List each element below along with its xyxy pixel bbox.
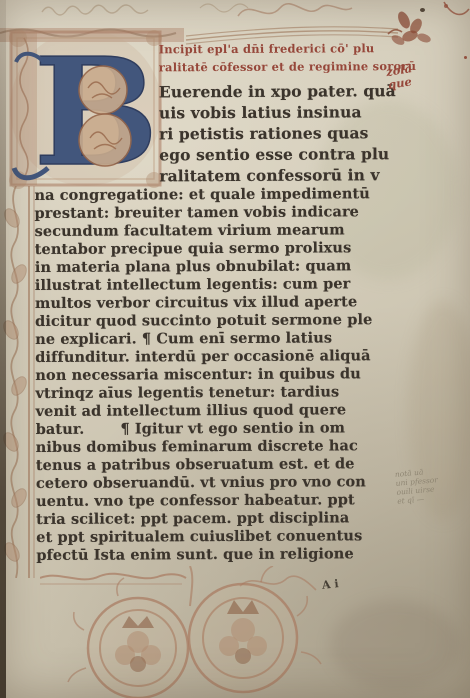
text-line: dicitur quod succinto potuit sermone ple (35, 311, 413, 331)
margin-note-faded: notā uāuni pfessorouili uirseet qī — (395, 466, 440, 506)
text-line: multos verbor circuitus vix illud aperte (35, 293, 413, 313)
text-line: secundum facultatem virium mearum (35, 221, 413, 241)
text-line: ne explicari. ¶ Cum enī sermo latius (35, 329, 413, 349)
text-line: Euerende in xpo pater. quā (159, 80, 412, 102)
text-line: vtrinqz aīus legentis tenetur: tardius (35, 383, 413, 403)
text-line: batur. ¶ Igitur vt ego sentio in om (36, 419, 414, 439)
text-line: illustrat intellectum legentis: cum per (35, 275, 413, 295)
text-line: prestant: breuiter tamen vobis indicare (34, 203, 412, 223)
bottom-medallions-ornament (40, 566, 340, 698)
text-line: venit ad intellectum illius quod quere (36, 401, 414, 421)
text-line: in materia plana plus obnubilat: quam (35, 257, 413, 277)
full-width-text-lines: na congregatione: et quale impedimentūpr… (34, 185, 414, 565)
ink-speck (464, 56, 467, 59)
left-border-vine-ornament (2, 186, 38, 578)
text-line: nibus domibus feminarum discrete hac (36, 437, 414, 457)
text-line: ri petistis rationes quas (159, 122, 412, 144)
text-line: tenus a patribus obseruatum est. et de (36, 455, 414, 475)
text-line: diffunditur. interdū per occasionē aliqu… (35, 347, 413, 367)
right-medallion (189, 566, 321, 692)
text-line: ralitatem confessorū in v (159, 164, 412, 186)
text-line: et ppt spiritualem cuiuslibet conuentus (36, 527, 414, 547)
binding-gutter-shadow (0, 0, 6, 698)
text-line: cetero obseruandū. vt vnius pro vno con (36, 473, 414, 493)
left-medallion (68, 578, 188, 698)
text-line: non necessaria miscentur: in quibus du (35, 365, 413, 385)
text-line: uis vobis latius insinua (159, 101, 412, 123)
quire-signature: A i (321, 577, 339, 592)
ink-speck (420, 8, 425, 12)
rubric-heading: Incipit epl'a dn̄i frederici cō' plurali… (34, 39, 412, 77)
parchment-stain (330, 600, 460, 690)
rubric-line: Incipit epl'a dn̄i frederici cō' plu (159, 39, 412, 58)
margin-note-red: zolāque (385, 62, 415, 91)
text-line: uentu. vno tpe confessor habeatur. ppt (36, 491, 414, 511)
text-line: tentabor precipue quia sermo prolixus (35, 239, 413, 259)
text-line: pfectū Ista enim sunt. que in religione (36, 545, 414, 565)
indented-text-lines: Euerende in xpo pater. quāuis vobis lati… (34, 80, 413, 187)
manuscript-page: B (0, 0, 470, 698)
text-line: na congregatione: et quale impedimentū (34, 185, 412, 205)
rubric-line: ralitatē cōfessor et de regimine sororū (159, 57, 412, 76)
text-column: Incipit epl'a dn̄i frederici cō' plurali… (34, 39, 415, 565)
text-line: ego sentio esse contra plu (159, 143, 412, 165)
text-line: tria scilicet: ppt pacem. ppt disciplina (36, 509, 414, 529)
